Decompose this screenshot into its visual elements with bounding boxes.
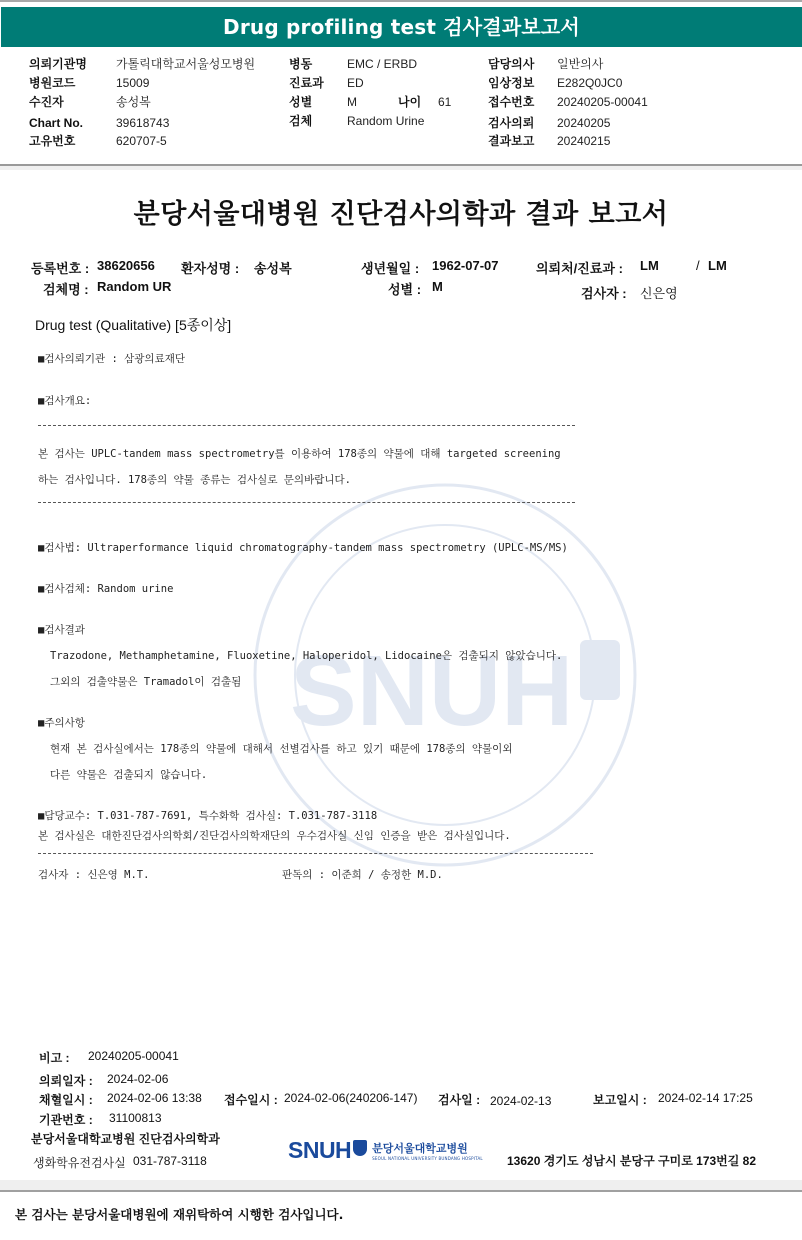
overview-line-2: 하는 검사입니다. 178종의 약물 종류는 검사실로 문의바랍니다. xyxy=(38,472,351,487)
label-unique-no: 고유번호 xyxy=(29,134,75,148)
label-specimen: 검체 xyxy=(289,114,312,128)
value-request-date: 2024-02-06 xyxy=(107,1072,168,1086)
label-requesting-institution: 의뢰기관명 xyxy=(29,57,87,71)
dept-separator: / xyxy=(696,258,700,273)
bottom-rule xyxy=(0,1190,802,1192)
value-result-report: 20240215 xyxy=(557,134,610,148)
label-collection-time: 채혈일시 : xyxy=(39,1091,93,1108)
snuh-logo-english: SEOUL NATIONAL UNIVERSITY BUNDANG HOSPIT… xyxy=(372,1156,483,1161)
value-dob: 1962-07-07 xyxy=(432,258,499,273)
label-patient-name: 환자성명 : xyxy=(181,258,239,277)
testing-institution: ■검사의뢰기관 : 삼광의료재단 xyxy=(38,351,185,366)
caution-line-1: 현재 본 검사실에서는 178종의 약물에 대해서 선별검사를 하고 있기 때문… xyxy=(50,741,512,756)
outsourcing-note: 본 검사는 분당서울대병원에 재위탁하여 시행한 검사입니다. xyxy=(15,1205,343,1223)
value-requesting-dept-2: LM xyxy=(708,258,727,273)
label-institution-no: 기관번호 : xyxy=(39,1111,93,1128)
hospital-address: 13620 경기도 성남시 분당구 구미로 173번길 82 xyxy=(507,1152,756,1169)
test-specimen: ■검사검체: Random urine xyxy=(38,581,173,596)
result-line-2: 그외의 검출약물은 Tramadol이 검출됨 xyxy=(50,674,241,689)
dashed-divider xyxy=(38,502,575,503)
value-registration-no: 38620656 xyxy=(97,258,155,273)
value-receipt-no: 20240205-00041 xyxy=(557,95,648,109)
result-line-1: Trazodone, Methamphetamine, Fluoxetine, … xyxy=(50,648,562,663)
label-patient: 수진자 xyxy=(29,95,64,109)
label-request-date: 의뢰일자 : xyxy=(39,1072,93,1089)
value-report-sex: M xyxy=(432,279,443,294)
label-hospital-code: 병원코드 xyxy=(29,76,75,90)
value-requesting-dept-1: LM xyxy=(640,258,659,273)
value-unique-no: 620707-5 xyxy=(116,134,167,148)
label-test-date: 검사일 : xyxy=(438,1091,480,1108)
report-banner: Drug profiling test 검사결과보고서 xyxy=(1,7,802,47)
bottom-band xyxy=(0,1180,802,1190)
value-patient: 송성복 xyxy=(116,95,151,109)
label-chart-no: Chart No. xyxy=(29,116,83,130)
test-method: ■검사법: Ultraperformance liquid chromatogr… xyxy=(38,540,568,555)
value-ward: EMC / ERBD xyxy=(347,57,417,71)
report-title: 분당서울대병원 진단검사의학과 결과 보고서 xyxy=(0,192,802,231)
value-specimen: Random Urine xyxy=(347,114,424,128)
value-test-date: 2024-02-13 xyxy=(490,1094,551,1108)
certification-note: 본 검사실은 대한진단검사의학회/진단검사의학재단의 우수검사실 신임 인증을 … xyxy=(38,828,511,843)
dashed-divider xyxy=(38,425,575,426)
value-receipt-time: 2024-02-06(240206-147) xyxy=(284,1091,417,1105)
value-sex: M xyxy=(347,95,357,109)
snuh-shield-icon xyxy=(353,1140,367,1156)
caution-heading: ■주의사항 xyxy=(38,715,85,730)
label-clinical-info: 임상정보 xyxy=(488,76,534,90)
label-receipt-no: 접수번호 xyxy=(488,95,534,109)
value-chart-no: 39618743 xyxy=(116,116,169,130)
value-collection-time: 2024-02-06 13:38 xyxy=(107,1091,202,1105)
label-registration-no: 등록번호 : xyxy=(31,258,89,277)
value-tester: 신은영 xyxy=(640,283,678,302)
result-heading: ■검사결과 xyxy=(38,622,85,637)
value-department: ED xyxy=(347,76,364,90)
label-report-sex: 성별 : xyxy=(388,279,421,298)
label-ward: 병동 xyxy=(289,57,312,71)
value-attending-doctor: 일반의사 xyxy=(557,57,603,71)
top-rule xyxy=(0,0,802,2)
value-patient-name: 송성복 xyxy=(254,258,292,277)
value-test-request: 20240205 xyxy=(557,116,610,130)
label-report-time: 보고일시 : xyxy=(593,1091,647,1108)
value-hospital-code: 15009 xyxy=(116,76,149,90)
snuh-logo-text: SNUH xyxy=(288,1137,351,1164)
label-dob: 생년월일 : xyxy=(361,258,419,277)
lab-phone: 031-787-3118 xyxy=(133,1154,207,1168)
label-sex: 성별 xyxy=(289,95,312,109)
label-result-report: 결과보고 xyxy=(488,134,534,148)
overview-heading: ■검사개요: xyxy=(38,393,91,408)
test-name: Drug test (Qualitative) [5종이상] xyxy=(35,315,231,335)
department-name: 분당서울대학교병원 진단검사의학과 xyxy=(31,1130,220,1147)
snuh-logo: SNUH 분당서울대학교병원 SEOUL NATIONAL UNIVERSITY… xyxy=(288,1137,483,1164)
label-requesting-dept: 의뢰처/진료과 : xyxy=(536,258,623,277)
value-requesting-institution: 가톨릭대학교서울성모병원 xyxy=(116,57,255,71)
contact-info: ■담당교수: T.031-787-7691, 특수화학 검사실: T.031-7… xyxy=(38,808,377,823)
label-receipt-time: 접수일시 : xyxy=(224,1091,278,1108)
label-remark: 비고 : xyxy=(39,1049,70,1066)
lab-name: 생화학유전검사실 xyxy=(33,1154,126,1171)
reader-signature: 판독의 : 이준희 / 송정한 M.D. xyxy=(282,867,443,882)
label-department: 진료과 xyxy=(289,76,324,90)
value-age: 61 xyxy=(438,95,451,109)
caution-line-2: 다른 약물은 검출되지 않습니다. xyxy=(50,767,207,782)
dashed-divider xyxy=(38,853,593,854)
value-institution-no: 31100813 xyxy=(109,1111,162,1125)
overview-line-1: 본 검사는 UPLC-tandem mass spectrometry를 이용하… xyxy=(38,446,561,461)
label-tester: 검사자 : xyxy=(581,283,627,302)
value-specimen-name: Random UR xyxy=(97,279,171,294)
label-attending-doctor: 담당의사 xyxy=(488,57,534,71)
label-age: 나이 xyxy=(398,95,421,109)
label-test-request: 검사의뢰 xyxy=(488,116,534,130)
tester-signature: 검사자 : 신은영 M.T. xyxy=(38,867,149,882)
value-remark: 20240205-00041 xyxy=(88,1049,179,1063)
snuh-logo-korean: 분당서울대학교병원 xyxy=(372,1140,483,1156)
value-clinical-info: E282Q0JC0 xyxy=(557,76,622,90)
label-specimen-name: 검체명 : xyxy=(43,279,89,298)
section-divider-band xyxy=(0,166,802,170)
value-report-time: 2024-02-14 17:25 xyxy=(658,1091,753,1105)
